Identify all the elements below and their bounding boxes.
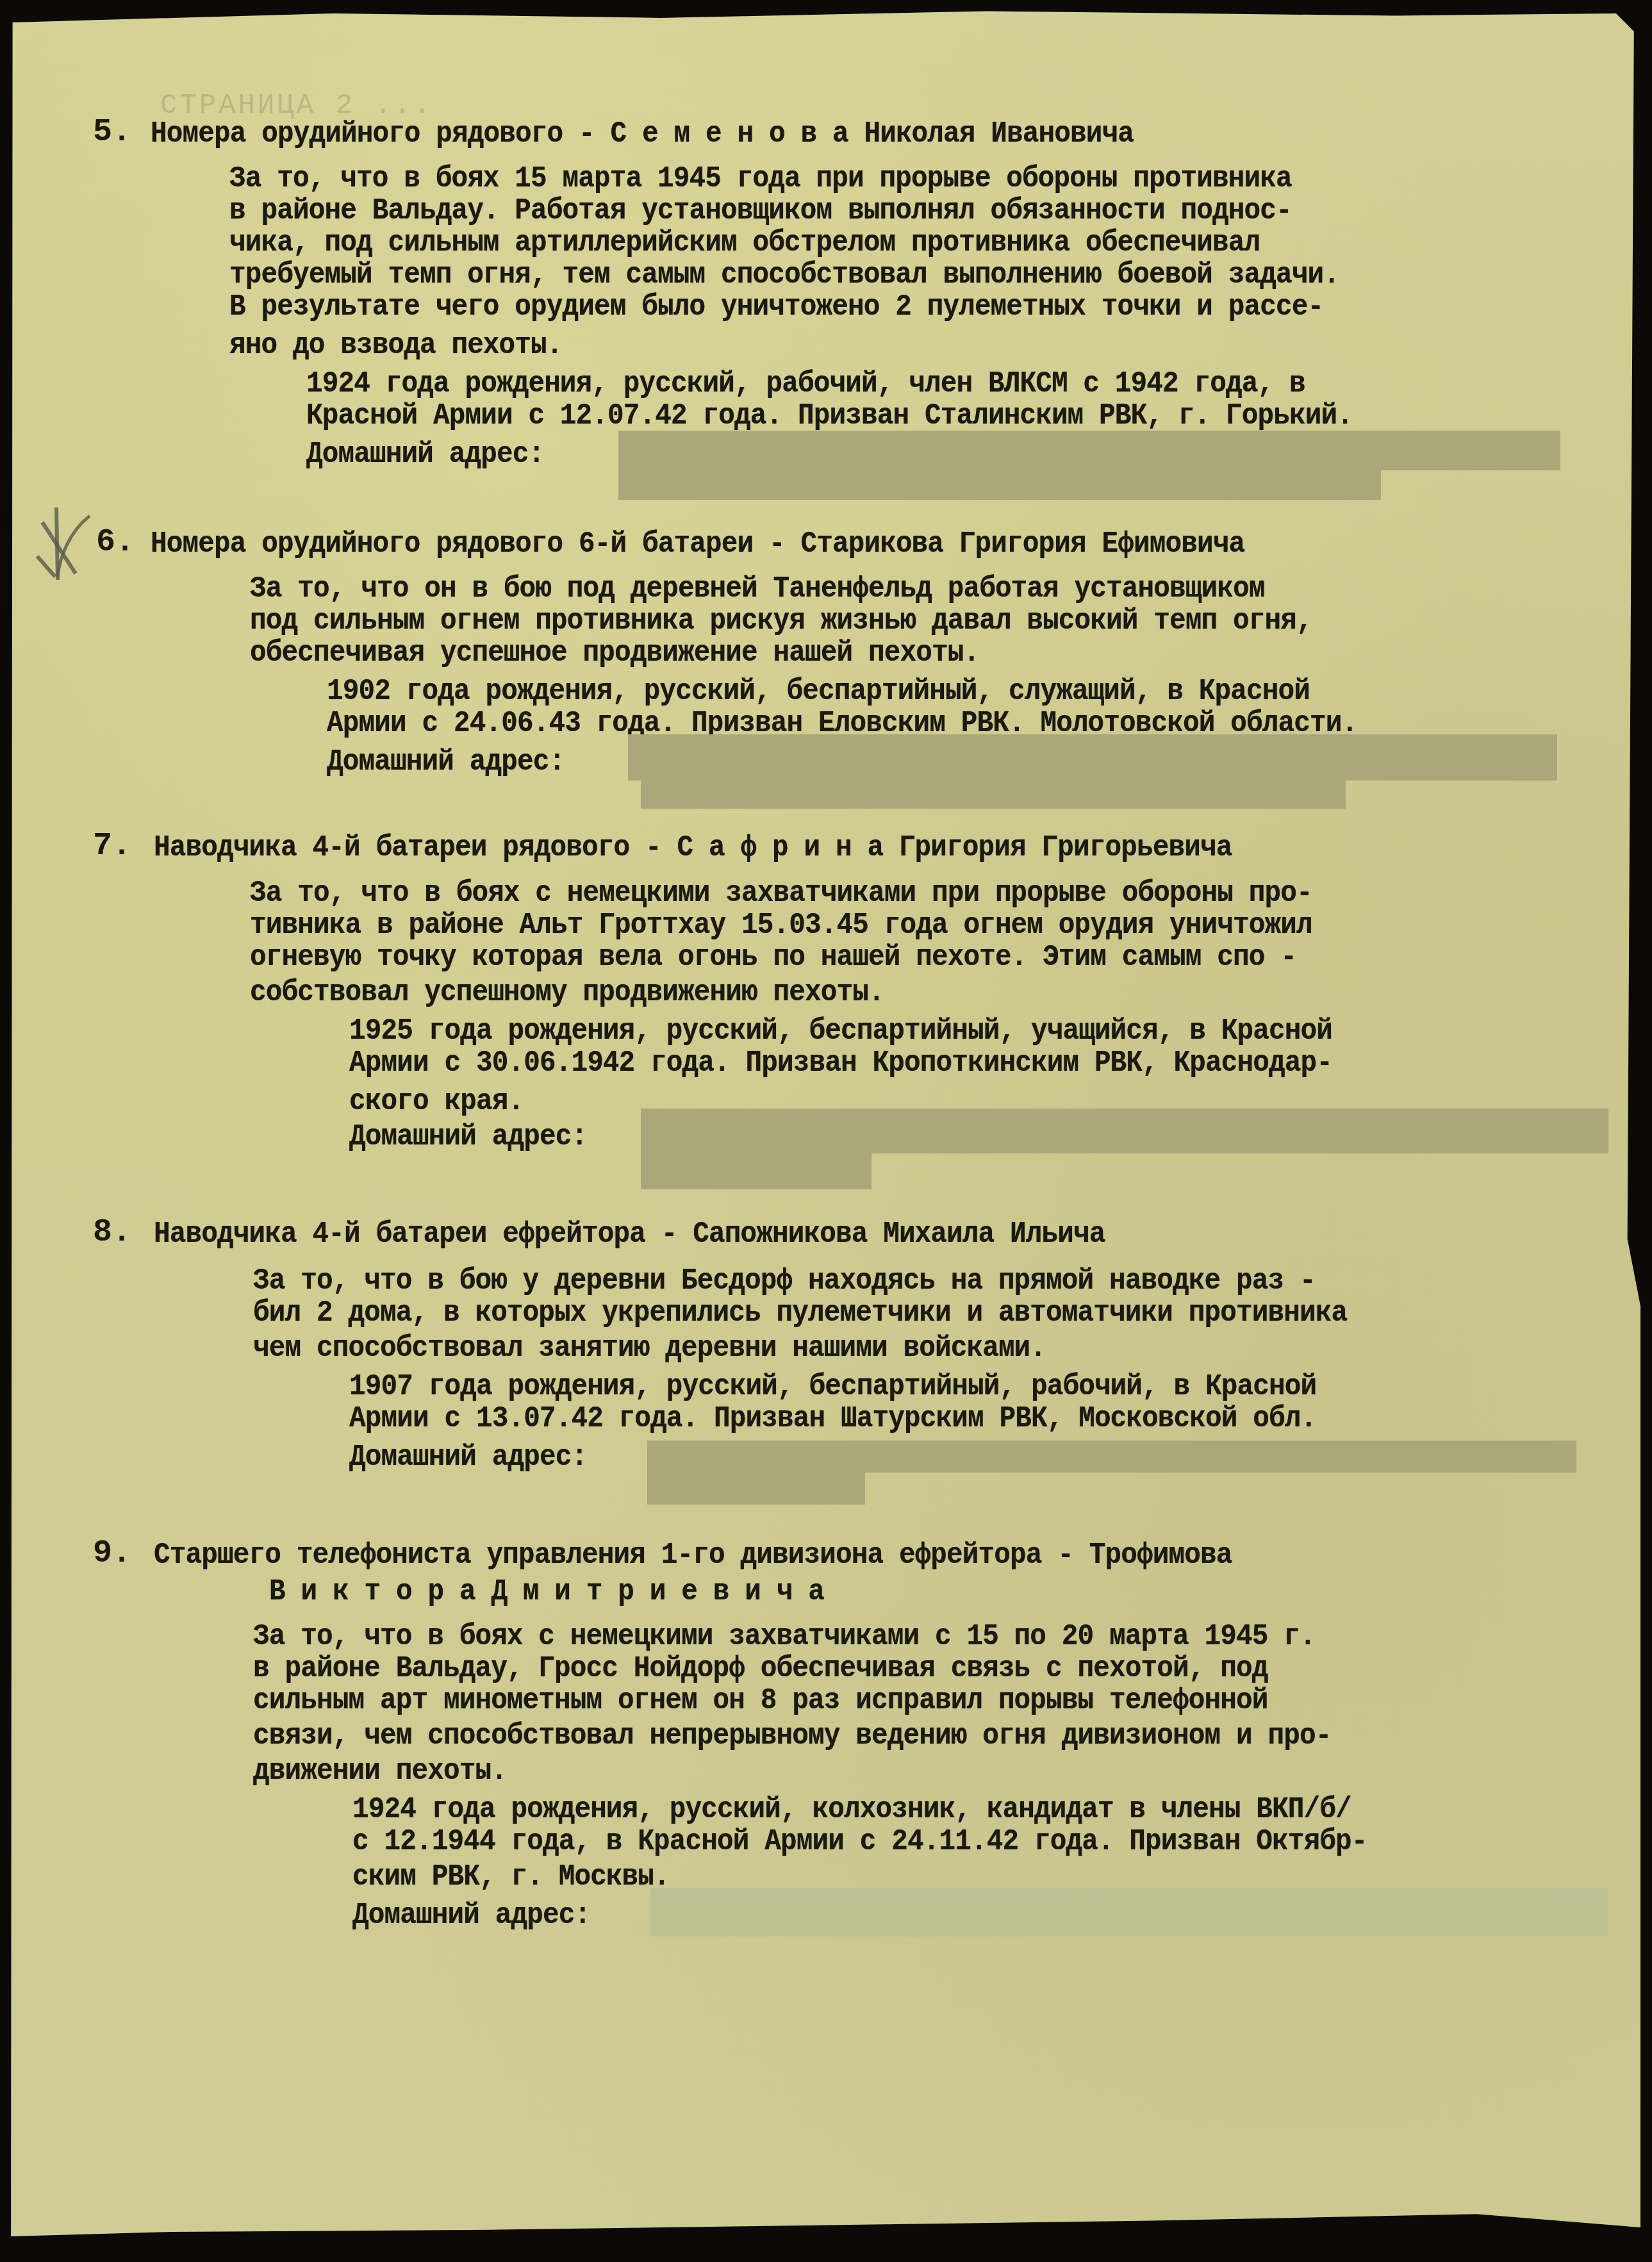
citation-line: В результате чего орудием было уничтожен… xyxy=(229,288,1323,326)
address-label: Домашний адрес: xyxy=(327,743,565,780)
citation-line: сильным арт минометным огнем он 8 раз ис… xyxy=(253,1682,1268,1719)
address-label: Домашний адрес: xyxy=(349,1118,587,1155)
entry-header: Наводчика 4-й батареи рядового - С а ф р… xyxy=(154,829,1232,866)
address-label: Домашний адрес: xyxy=(306,436,544,473)
bio-line: Армии с 30.06.1942 года. Призван Кропотк… xyxy=(349,1044,1332,1082)
entry-header: Номера орудийного рядового - С е м е н о… xyxy=(151,115,1134,153)
entry-number: 5. xyxy=(93,114,131,151)
redacted-address xyxy=(641,779,1346,809)
citation-line: огневую точку которая вела огонь по наше… xyxy=(250,939,1296,976)
citation-line: обеспечивая успешное продвижение нашей п… xyxy=(250,634,979,672)
redacted-address xyxy=(641,1152,871,1189)
address-label: Домашний адрес: xyxy=(349,1439,587,1476)
entry-number: 7. xyxy=(93,828,131,865)
citation-line: собствовал успешному продвижению пехоты. xyxy=(250,974,884,1011)
entry-header: Наводчика 4-й батареи ефрейтора - Сапожн… xyxy=(154,1216,1105,1253)
citation-line: яно до взвода пехоты. xyxy=(229,327,563,364)
address-label: Домашний адрес: xyxy=(352,1897,590,1934)
bio-line: Красной Армии с 12.07.42 года. Призван С… xyxy=(306,397,1353,434)
entry-header: Старшего телефониста управления 1-го див… xyxy=(154,1537,1232,1574)
bio-line: ским РВК, г. Москвы. xyxy=(352,1858,670,1895)
bio-line: ского края. xyxy=(349,1083,524,1120)
redacted-address xyxy=(618,431,1560,470)
citation-line: движении пехоты. xyxy=(253,1753,507,1790)
entry-number: 6. xyxy=(96,524,135,561)
redacted-address xyxy=(641,1109,1608,1153)
entry-number: 8. xyxy=(93,1214,131,1251)
redacted-address xyxy=(618,468,1381,500)
entry-header: Номера орудийного рядового 6-й батареи -… xyxy=(151,525,1244,563)
citation-line: чем способствовал занятию деревни нашими… xyxy=(253,1330,1046,1367)
bio-line: Армии с 13.07.42 года. Призван Шатурским… xyxy=(349,1400,1316,1437)
entry-header-continued: В и к т о р а Д м и т р и е в и ч а xyxy=(269,1573,824,1610)
entry-number: 9. xyxy=(93,1535,131,1573)
redacted-address xyxy=(628,734,1557,780)
redacted-address xyxy=(650,1888,1608,1936)
handwritten-check-icon xyxy=(31,506,101,583)
redacted-address xyxy=(647,1471,865,1505)
citation-line: связи, чем способствовал непрерывному ве… xyxy=(253,1717,1331,1754)
redacted-address xyxy=(647,1441,1576,1473)
bio-line: с 12.1944 года, в Красной Армии с 24.11.… xyxy=(352,1823,1367,1860)
citation-line: бил 2 дома, в которых укрепились пулемет… xyxy=(253,1294,1347,1332)
